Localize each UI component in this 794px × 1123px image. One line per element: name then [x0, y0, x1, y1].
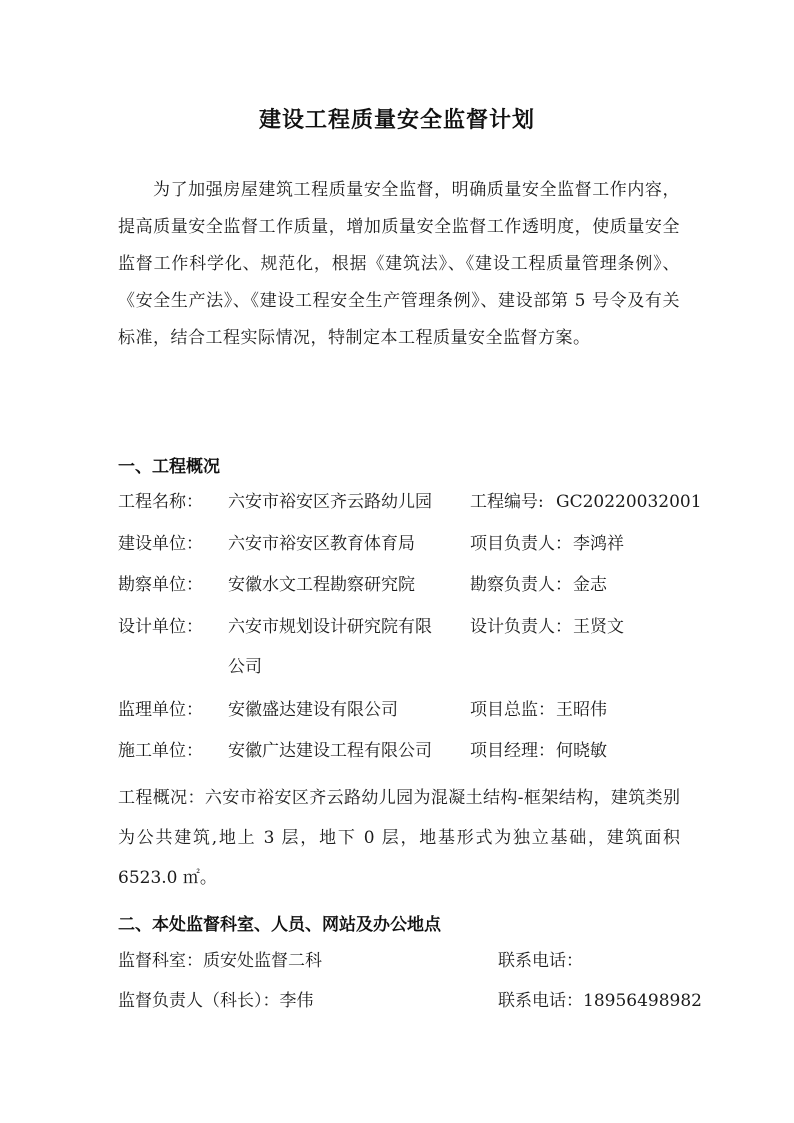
label: 监督负责人（科长）：李伟: [118, 986, 314, 1016]
value: 何晓敏: [556, 736, 607, 766]
label: 建设单位：: [118, 529, 203, 559]
project-overview-paragraph: 工程概况：六安市裕安区齐云路幼儿园为混凝土结构-框架结构，建筑类别为公共建筑,地…: [118, 778, 680, 898]
intro-paragraph: 为了加强房屋建筑工程质量安全监督，明确质量安全监督工作内容，提高质量安全监督工作…: [118, 172, 680, 357]
value: 六安市裕安区教育体育局: [228, 529, 415, 559]
value: 六安市裕安区齐云路幼儿园: [228, 487, 432, 517]
value: 公司: [228, 652, 262, 682]
label: 设计负责人：: [470, 612, 572, 642]
info-row-project-name: 工程名称： 六安市裕安区齐云路幼儿园 工程编号: GC20220032001: [118, 487, 698, 517]
label: 设计单位：: [118, 612, 203, 642]
info-row-supervision-unit: 监理单位： 安徽盛达建设有限公司 项目总监： 王昭伟: [118, 695, 698, 725]
info-row-construction-unit: 建设单位： 六安市裕安区教育体育局 项目负责人： 李鸿祥: [118, 529, 698, 559]
document-title: 建设工程质量安全监督计划: [0, 103, 794, 134]
label: 工程编号:: [470, 487, 544, 517]
section-heading-supervision-office: 二、本处监督科室、人员、网站及办公地点: [118, 910, 441, 935]
contact-row-office: 监督科室：质安处监督二科 联系电话：: [118, 946, 718, 976]
label: 项目负责人：: [470, 529, 572, 559]
contact-row-supervisor: 监督负责人（科长）：李伟 联系电话：18956498982: [118, 986, 718, 1016]
value: 六安市规划设计研究院有限: [228, 612, 432, 642]
value: GC20220032001: [556, 487, 702, 517]
info-row-design-unit-continued: 公司: [118, 652, 698, 682]
document-page: 建设工程质量安全监督计划 为了加强房屋建筑工程质量安全监督，明确质量安全监督工作…: [0, 0, 794, 1123]
label: 勘察负责人：: [470, 570, 572, 600]
value: 王贤文: [573, 612, 624, 642]
label: 项目总监：: [470, 695, 555, 725]
info-row-contractor-unit: 施工单位： 安徽广达建设工程有限公司 项目经理： 何晓敏: [118, 736, 698, 766]
value: 王昭伟: [556, 695, 607, 725]
label: 项目经理：: [470, 736, 555, 766]
value: 李鸿祥: [573, 529, 624, 559]
label: 勘察单位：: [118, 570, 203, 600]
info-row-survey-unit: 勘察单位： 安徽水文工程勘察研究院 勘察负责人： 金志: [118, 570, 698, 600]
value: 金志: [573, 570, 607, 600]
label: 联系电话：: [498, 946, 583, 976]
label: 施工单位：: [118, 736, 203, 766]
section-heading-project-overview: 一、工程概况: [118, 452, 220, 477]
label: 工程名称：: [118, 487, 203, 517]
label: 监督科室：质安处监督二科: [118, 946, 322, 976]
value: 安徽广达建设工程有限公司: [228, 736, 432, 766]
label: 监理单位：: [118, 695, 203, 725]
value: 安徽水文工程勘察研究院: [228, 570, 415, 600]
value: 安徽盛达建设有限公司: [228, 695, 398, 725]
info-row-design-unit: 设计单位： 六安市规划设计研究院有限 设计负责人： 王贤文: [118, 612, 698, 642]
label: 联系电话：18956498982: [498, 986, 702, 1016]
